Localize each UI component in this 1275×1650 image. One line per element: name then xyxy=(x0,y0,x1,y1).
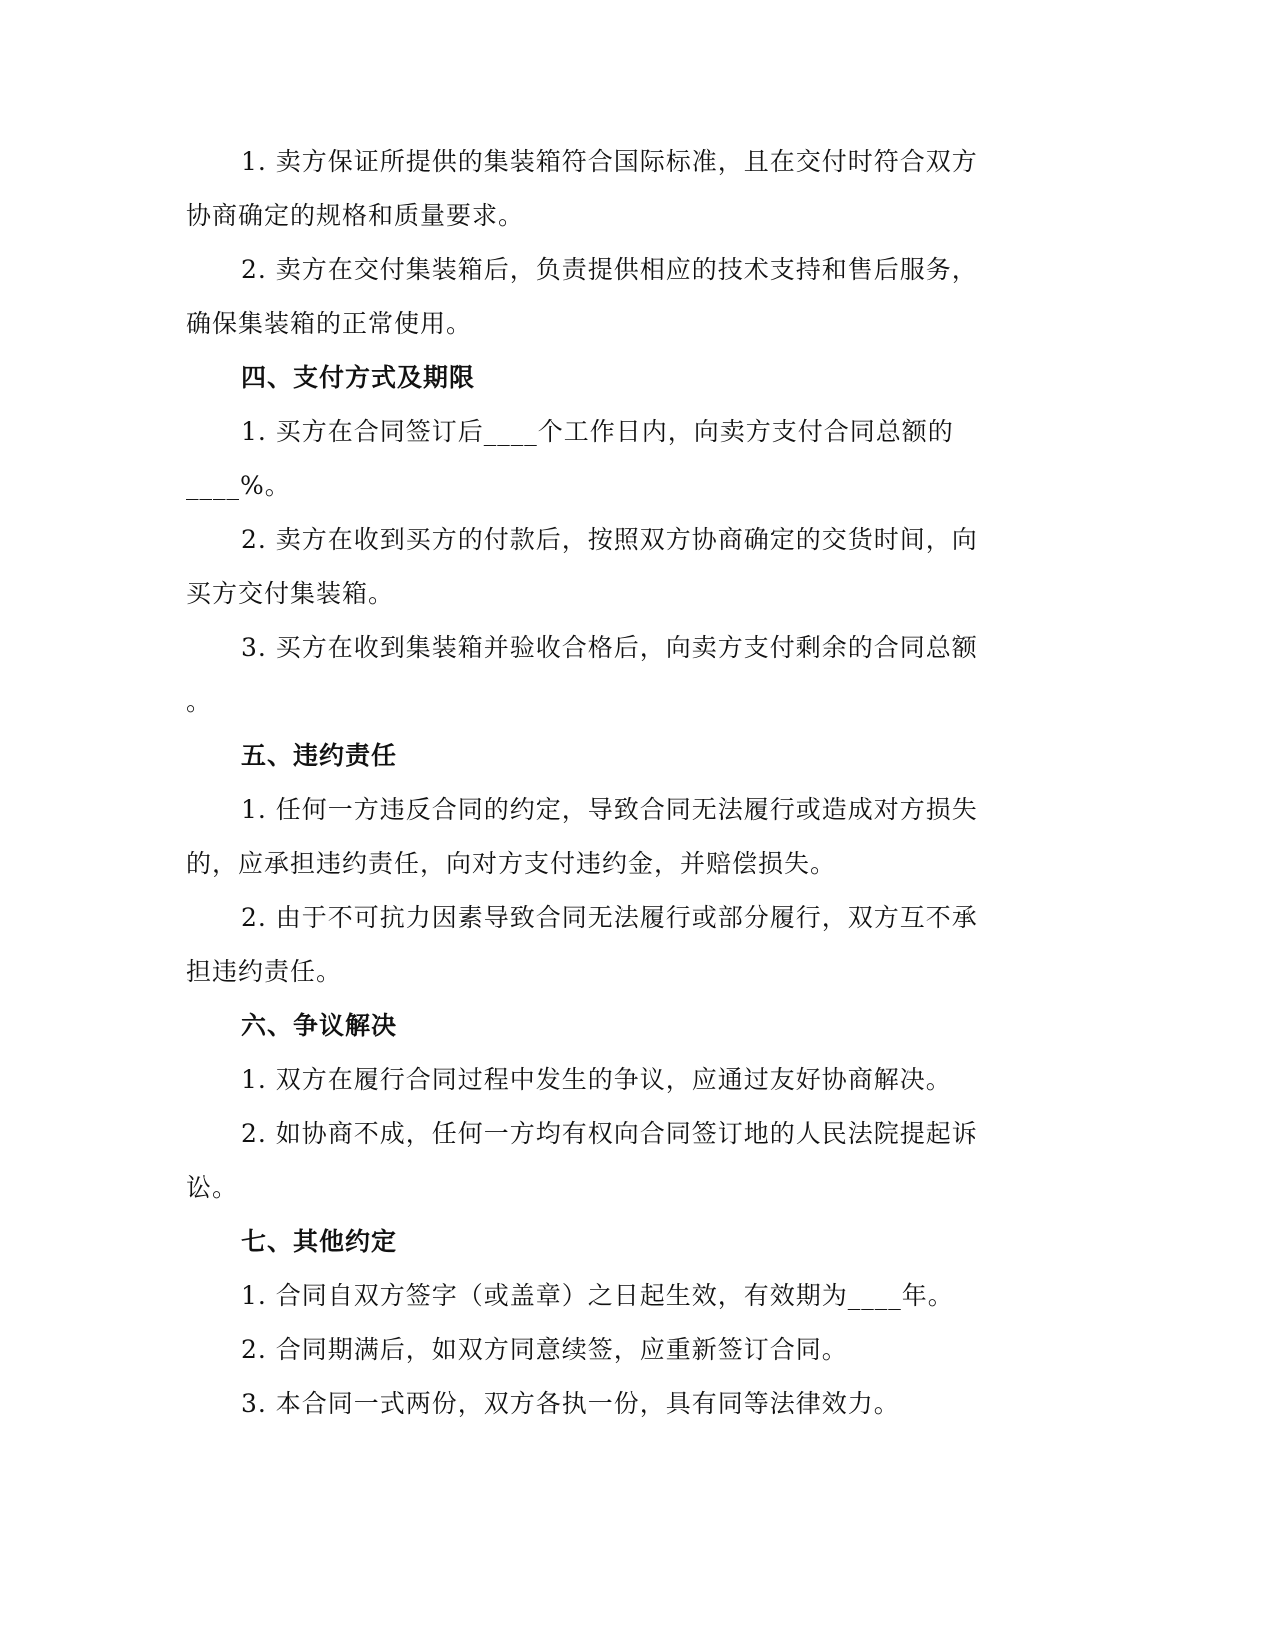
clause-4-1-cont: ____%。 xyxy=(186,471,291,501)
clause-3-2: 2. 卖方在交付集装箱后，负责提供相应的技术支持和售后服务， xyxy=(241,255,978,285)
clause-5-1-cont: 的，应承担违约责任，向对方支付违约金，并赔偿损失。 xyxy=(186,849,836,879)
clause-4-2: 2. 卖方在收到买方的付款后，按照双方协商确定的交货时间，向 xyxy=(241,525,978,555)
clause-7-3: 3. 本合同一式两份，双方各执一份，具有同等法律效力。 xyxy=(241,1389,900,1419)
section-heading-payment: 四、支付方式及期限 xyxy=(241,363,475,393)
clause-4-3: 3. 买方在收到集装箱并验收合格后，向卖方支付剩余的合同总额 xyxy=(241,633,978,663)
clause-3-2-cont: 确保集装箱的正常使用。 xyxy=(186,309,472,339)
clause-3-1-cont: 协商确定的规格和质量要求。 xyxy=(186,201,524,231)
document-page: 1. 卖方保证所提供的集装箱符合国际标准，且在交付时符合双方 协商确定的规格和质… xyxy=(0,0,1275,1650)
section-heading-dispute: 六、争议解决 xyxy=(241,1011,397,1041)
clause-4-2-cont: 买方交付集装箱。 xyxy=(186,579,394,609)
clause-5-2-cont: 担违约责任。 xyxy=(186,957,342,987)
clause-4-3-cont: 。 xyxy=(186,687,212,717)
clause-6-2-cont: 讼。 xyxy=(186,1173,238,1203)
clause-5-2: 2. 由于不可抗力因素导致合同无法履行或部分履行，双方互不承 xyxy=(241,903,978,933)
clause-4-1: 1. 买方在合同签订后____个工作日内，向卖方支付合同总额的 xyxy=(241,417,954,447)
section-heading-breach: 五、违约责任 xyxy=(241,741,397,771)
clause-3-1: 1. 卖方保证所提供的集装箱符合国际标准，且在交付时符合双方 xyxy=(241,147,978,177)
clause-7-1: 1. 合同自双方签字（或盖章）之日起生效，有效期为____年。 xyxy=(241,1281,954,1311)
clause-5-1: 1. 任何一方违反合同的约定，导致合同无法履行或造成对方损失 xyxy=(241,795,978,825)
clause-6-2: 2. 如协商不成，任何一方均有权向合同签订地的人民法院提起诉 xyxy=(241,1119,978,1149)
clause-7-2: 2. 合同期满后，如双方同意续签，应重新签订合同。 xyxy=(241,1335,848,1365)
clause-6-1: 1. 双方在履行合同过程中发生的争议，应通过友好协商解决。 xyxy=(241,1065,952,1095)
section-heading-other: 七、其他约定 xyxy=(241,1227,397,1257)
